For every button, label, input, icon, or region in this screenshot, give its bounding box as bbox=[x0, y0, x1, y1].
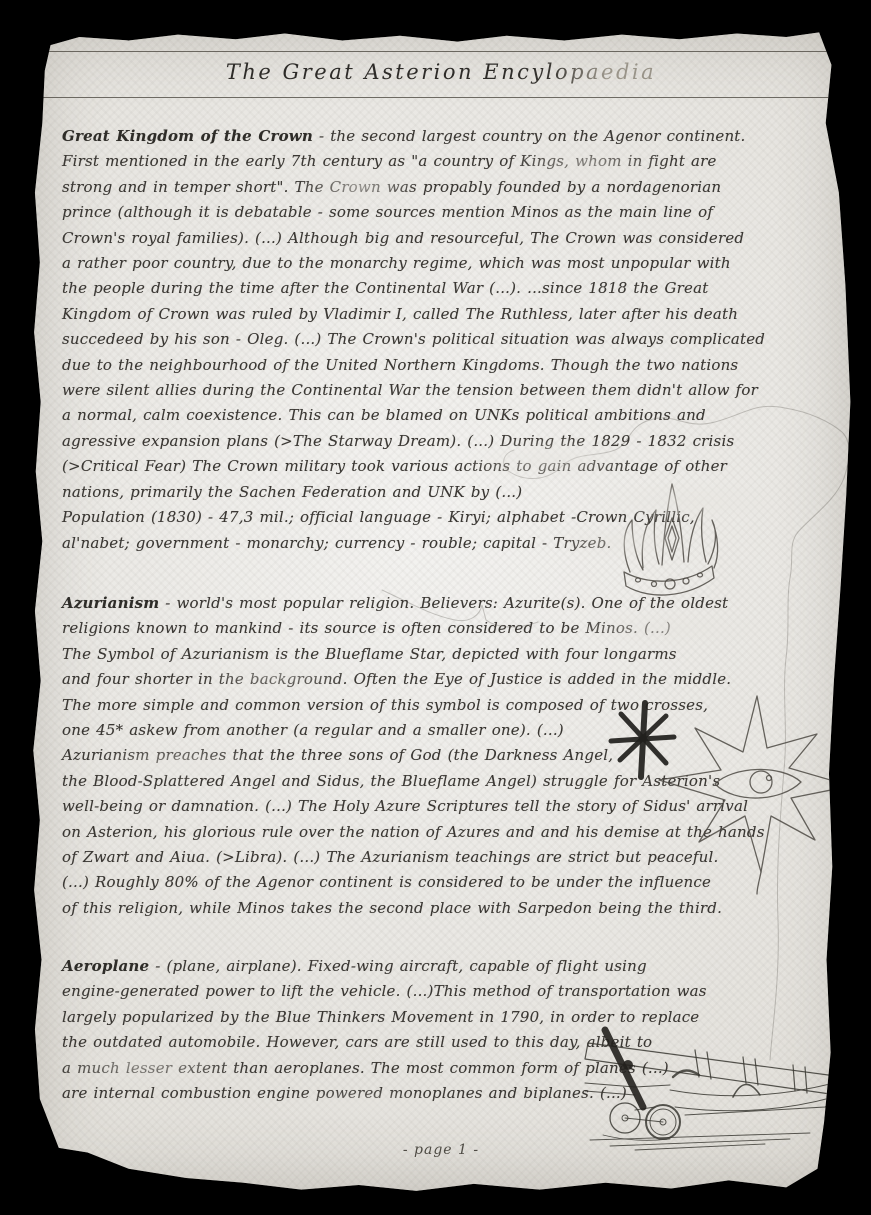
encyclopedia-page: The Great Asterion Encylopaedia Great Ki… bbox=[30, 30, 852, 1192]
crown-sketch bbox=[610, 470, 725, 595]
eye-star-sketch bbox=[655, 690, 855, 890]
biplane-sketch bbox=[575, 1015, 865, 1165]
screenshot-root: { "header": { "title": "The Great Asteri… bbox=[0, 0, 871, 1215]
